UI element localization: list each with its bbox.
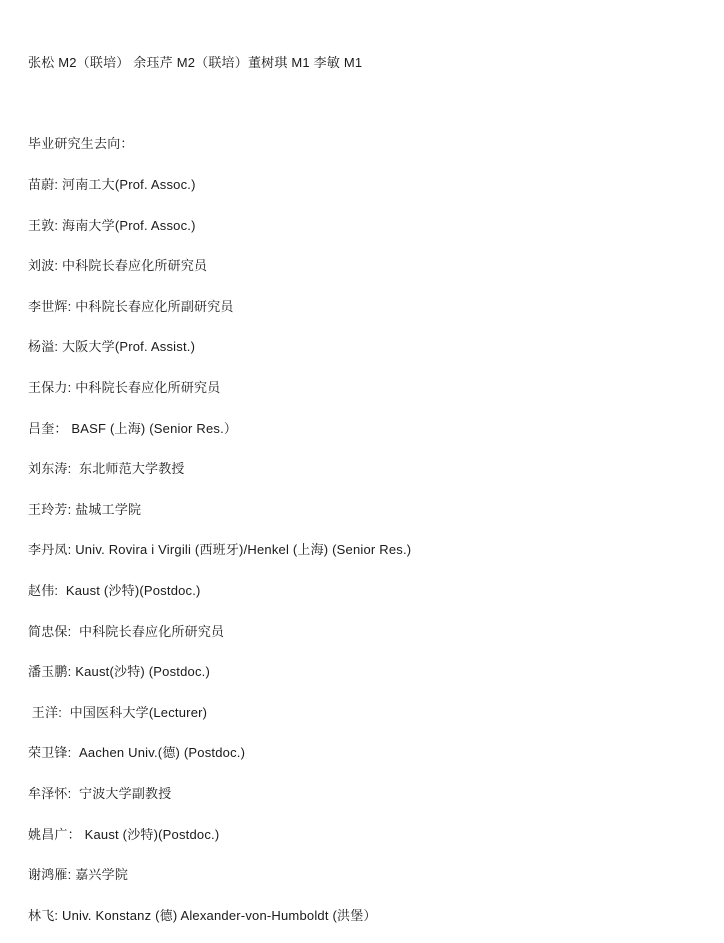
alumni-entry: 苗蔚: 河南工大(Prof. Assoc.) bbox=[28, 178, 708, 191]
current-students-line: 张松 M2（联培） 余珏芹 M2（联培）董树琪 M1 李敏 M1 bbox=[28, 56, 708, 69]
alumni-entry: 刘东涛: 东北师范大学教授 bbox=[28, 462, 708, 475]
alumni-entry: 王玲芳: 盐城工学院 bbox=[28, 503, 708, 516]
alumni-entry: 荣卫锋: Aachen Univ.(德) (Postdoc.) bbox=[28, 746, 708, 759]
alumni-entry: 王敦: 海南大学(Prof. Assoc.) bbox=[28, 219, 708, 232]
alumni-entry: 杨溢: 大阪大学(Prof. Assist.) bbox=[28, 340, 708, 353]
alumni-entry: 王保力: 中科院长春应化所研究员 bbox=[28, 381, 708, 394]
alumni-entry: 刘波: 中科院长春应化所研究员 bbox=[28, 259, 708, 272]
alumni-entry: 王洋: 中国医科大学(Lecturer) bbox=[28, 706, 708, 719]
alumni-entry: 潘玉鹏: Kaust(沙特) (Postdoc.) bbox=[28, 665, 708, 678]
document-page: 张松 M2（联培） 余珏芹 M2（联培）董树琪 M1 李敏 M1 毕业研究生去向… bbox=[0, 0, 724, 943]
alumni-entry: 李丹凤: Univ. Rovira i Virgili (西班牙)/Henkel… bbox=[28, 543, 708, 556]
alumni-entry: 林飞: Univ. Konstanz (德) Alexander-von-Hum… bbox=[28, 909, 708, 922]
alumni-entry: 姚昌广： Kaust (沙特)(Postdoc.) bbox=[28, 828, 708, 841]
alumni-entry: 牟泽怀: 宁波大学副教授 bbox=[28, 787, 708, 800]
alumni-entry: 谢鸿雁: 嘉兴学院 bbox=[28, 868, 708, 881]
alumni-entry: 简忠保: 中科院长春应化所研究员 bbox=[28, 625, 708, 638]
section-heading: 毕业研究生去向： bbox=[28, 137, 708, 150]
alumni-list: 苗蔚: 河南工大(Prof. Assoc.)王敦: 海南大学(Prof. Ass… bbox=[28, 178, 708, 922]
alumni-entry: 吕奎： BASF (上海) (Senior Res.） bbox=[28, 422, 708, 435]
alumni-entry: 赵伟: Kaust (沙特)(Postdoc.) bbox=[28, 584, 708, 597]
alumni-entry: 李世辉: 中科院长春应化所副研究员 bbox=[28, 300, 708, 313]
